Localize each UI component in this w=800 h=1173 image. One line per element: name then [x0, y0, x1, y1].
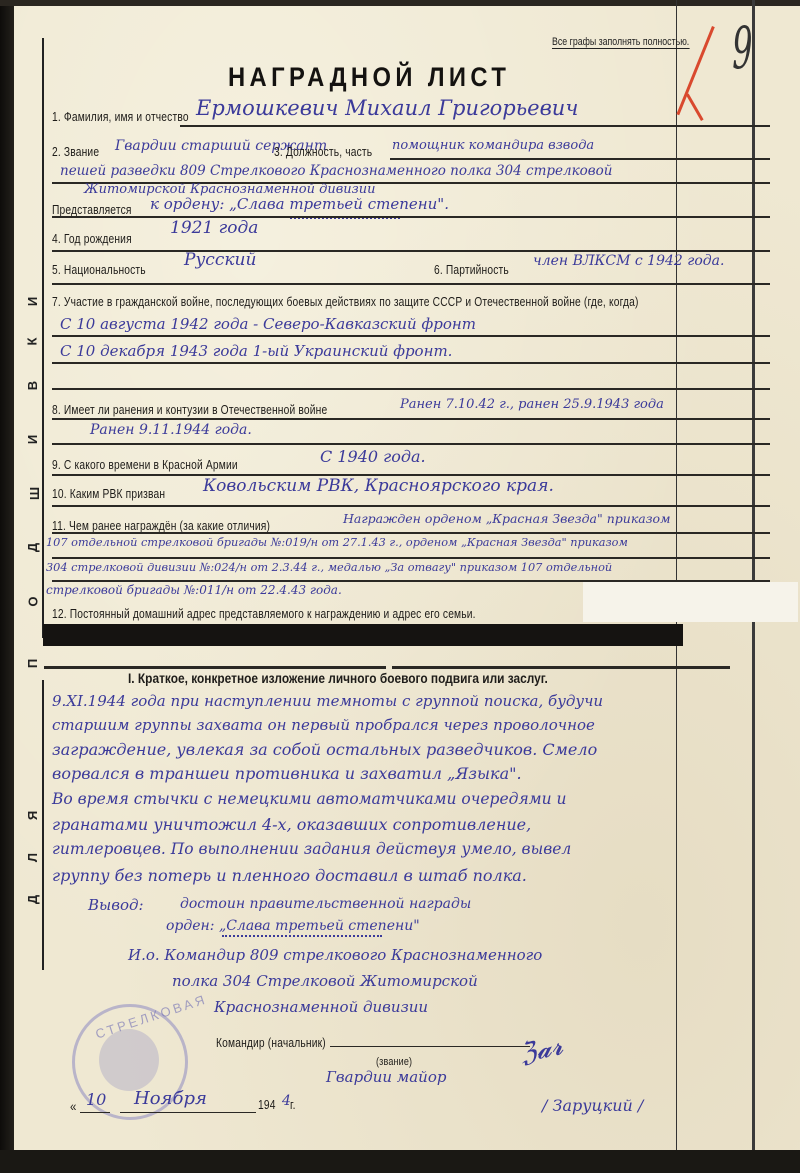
presented-award-value: к ордену: „Слава третьей степени". — [150, 195, 449, 213]
date-year-prefix: 194 — [258, 1098, 276, 1112]
commander-line-2: полка 304 Стрелковой Житомирской — [172, 972, 478, 990]
field-2-label: 2. Звание — [52, 145, 99, 159]
redacted-address-bar — [43, 624, 683, 646]
underline — [52, 557, 770, 559]
document-title: НАГРАДНОЙ ЛИСТ — [228, 62, 510, 93]
margin-letter: П — [25, 659, 40, 668]
field-3-label: 3. Должность, часть — [274, 145, 372, 159]
field-3-position-value: помощник командира взвода — [392, 138, 594, 153]
underline — [120, 1112, 256, 1113]
left-border-line — [42, 38, 44, 638]
underline — [80, 1112, 110, 1113]
field-5-nationality-value: Русский — [184, 250, 256, 270]
field-6-label: 6. Партийность — [434, 263, 509, 277]
margin-letter: О — [26, 596, 41, 606]
feat-line: Во время стычки с немецкими автоматчикам… — [52, 790, 566, 808]
field-11-line-2: 107 отдельной стрелковой бригады №:019/н… — [46, 536, 628, 549]
feat-line: заграждение, увлекая за собой остальных … — [52, 740, 597, 759]
conclusion-label: Вывод: — [88, 896, 144, 914]
underline — [52, 362, 770, 364]
margin-letter: Я — [25, 811, 40, 820]
field-8-line-1: Ранен 7.10.42 г., ранен 25.9.1943 года — [400, 397, 664, 412]
right-border-line — [752, 0, 755, 1150]
margin-letter: Ш — [27, 487, 42, 500]
field-11-line-3: 304 стрелковой дивизии №:024/н от 2.3.44… — [46, 561, 612, 574]
underline — [52, 443, 770, 445]
date-open-quote: « — [70, 1098, 77, 1114]
date-month: Ноября — [134, 1088, 207, 1109]
margin-letter: Д — [25, 895, 40, 904]
underline — [52, 216, 770, 218]
underline — [52, 335, 770, 337]
field-11-label: 11. Чем ранее награждён (за какие отличи… — [52, 519, 270, 533]
fill-instruction: Все графы заполнять полностью. — [552, 36, 689, 49]
field-7-line-2: С 10 декабря 1943 года 1-ый Украинский ф… — [60, 342, 452, 360]
margin-letter: Д — [25, 543, 40, 552]
margin-letter: И — [25, 435, 40, 444]
feat-line: группу без потерь и пленного доставил в … — [52, 866, 527, 885]
feat-line: 9.XI.1944 года при наступлении темноты с… — [52, 692, 603, 710]
sheet-number: 9 — [732, 14, 752, 82]
signer-rank-value: Гвардии майор — [326, 1068, 446, 1086]
presented-label: Представляется — [52, 203, 132, 217]
field-6-party-value: член ВЛКСМ с 1942 года. — [533, 253, 724, 269]
field-5-label: 5. Национальность — [52, 263, 146, 277]
scan-edge-top — [0, 0, 800, 6]
feat-line: гранатами уничтожил 4-х, оказавших сопро… — [52, 815, 531, 834]
field-7-line-1: С 10 августа 1942 года - Северо-Кавказск… — [60, 315, 476, 333]
field-4-label: 4. Год рождения — [52, 232, 132, 246]
underline — [52, 418, 770, 420]
field-12-label: 12. Постоянный домашний адрес представля… — [52, 607, 476, 621]
field-9-label: 9. С какого времени в Красной Армии — [52, 458, 238, 472]
section-divider — [392, 666, 730, 669]
field-1-label: 1. Фамилия, имя и отчество — [52, 110, 189, 124]
date-day: 10 — [86, 1090, 106, 1109]
date-suffix: г. — [290, 1098, 296, 1112]
signer-name: / Заруцкий / — [542, 1096, 643, 1115]
conclusion-line-1: достоин правительственной награды — [180, 896, 471, 912]
margin-letter: В — [25, 381, 40, 390]
feat-line: ворвался в траншеи противника и захватил… — [52, 764, 522, 783]
field-11-line-1: Награжден орденом „Красная Звезда" прика… — [343, 511, 670, 526]
field-11-line-4: стрелковой бригады №:011/н от 22.4.43 го… — [46, 583, 342, 597]
field-7-label: 7. Участие в гражданской войне, последую… — [52, 295, 639, 309]
field-9-service-start-value: С 1940 года. — [320, 447, 426, 466]
field-8-label: 8. Имеет ли ранения и контузии в Отечест… — [52, 403, 327, 417]
margin-letter: И — [25, 297, 40, 306]
field-10-draft-office-value: Ковольским РВК, Красноярского края. — [203, 476, 554, 496]
feat-line: гитлеровцев. По выполнении задания дейст… — [52, 840, 571, 858]
commander-signature-label: Командир (начальник) — [216, 1036, 326, 1050]
conclusion-award-underline — [222, 930, 382, 937]
field-3-unit-value: пешей разведки 809 Стрелкового Краснозна… — [60, 163, 612, 179]
scan-edge-bottom — [0, 1150, 800, 1173]
underline — [52, 532, 770, 534]
field-8-line-2: Ранен 9.11.1944 года. — [90, 422, 252, 438]
underline — [52, 388, 770, 390]
field-1-name-value: Ермошкевич Михаил Григорьевич — [196, 96, 578, 120]
field-10-label: 10. Каким РВК призван — [52, 487, 165, 501]
feat-section-title: I. Краткое, конкретное изложение личного… — [128, 670, 548, 686]
underline — [390, 158, 770, 160]
underline — [52, 505, 770, 507]
section-divider — [44, 666, 386, 669]
underline — [180, 125, 770, 127]
rank-caption: (звание) — [376, 1056, 412, 1068]
commander-line-1: И.о. Командир 809 стрелкового Краснознам… — [128, 946, 542, 964]
right-column-line — [676, 0, 677, 1150]
underline — [52, 283, 770, 285]
underline — [330, 1046, 530, 1047]
underline — [52, 250, 770, 252]
feat-line: старшим группы захвата он первый пробрал… — [52, 716, 595, 734]
margin-letter: Л — [25, 853, 40, 862]
margin-letter: К — [24, 338, 39, 346]
commander-line-3: Краснознаменной дивизии — [214, 998, 428, 1016]
left-border-line-lower — [42, 680, 44, 970]
field-4-birth-year-value: 1921 года — [170, 218, 258, 238]
redacted-area-light — [583, 582, 798, 622]
